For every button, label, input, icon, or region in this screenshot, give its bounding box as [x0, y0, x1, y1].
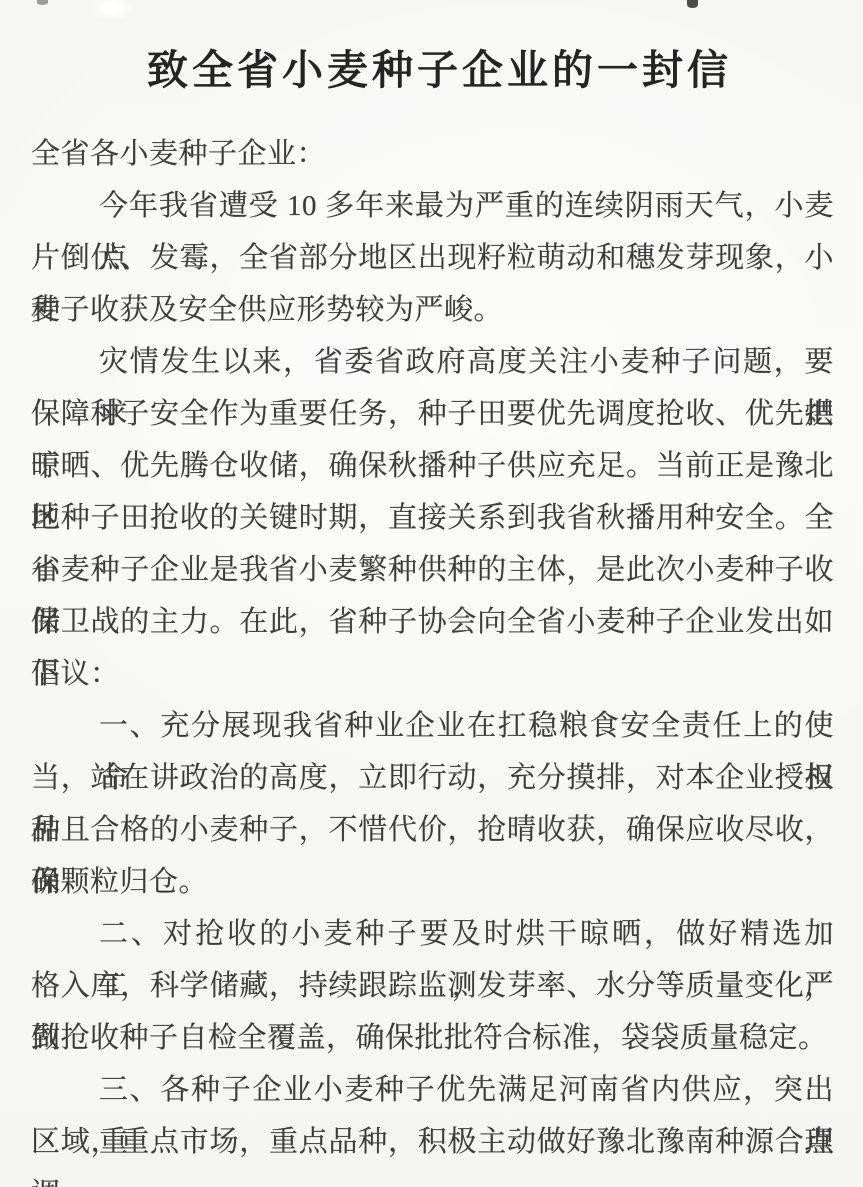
letter-line: 片倒伏、发霉，全省部分地区出现籽粒萌动和穗发芽现象，小麦 — [31, 232, 834, 284]
scan-blotch-artifact — [96, 0, 130, 16]
letter-line: 保障种子安全作为重要任务，种子田要优先调度抢收、优先烘干 — [31, 388, 834, 440]
letter-line: 保卫战的主力。在此，省种子协会向全省小麦种子企业发出如下 — [31, 596, 834, 648]
letter-line: 晾晒、优先腾仓收储，确保秋播种子供应充足。当前正是豫北地 — [31, 440, 834, 492]
letter-title: 致全省小麦种子企业的一封信 — [8, 37, 863, 96]
letter-line: 格入库，科学储藏，持续跟踪监测发芽率、水分等质量变化，做 — [31, 960, 834, 1012]
letter-body: 全省各小麦种子企业：今年我省遭受 10 多年来最为严重的连续阴雨天气，小麦点片倒… — [31, 128, 834, 1168]
letter-line: 三、各种子企业小麦种子优先满足河南省内供应，突出重点 — [31, 1064, 834, 1116]
letter-line: 二、对抢收的小麦种子要及时烘干晾晒，做好精选加工，严 — [31, 908, 834, 960]
scan-speck-top-right — [687, 0, 698, 8]
letter-line: 保颗粒归仓。 — [31, 856, 834, 908]
letter-line: 倡议： — [31, 648, 834, 700]
letter-line: 全省各小麦种子企业： — [31, 128, 834, 180]
letter-line: 当，站在讲政治的高度，立即行动，充分摸排，对本企业授权品 — [31, 752, 834, 804]
letter-line: 区域，重点市场，重点品种，积极主动做好豫北豫南种源合理调 — [31, 1116, 834, 1168]
letter-line: 一、充分展现我省种业企业在扛稳粮食安全责任上的使命担 — [31, 700, 834, 752]
letter-line: 种子收获及安全供应形势较为严峻。 — [31, 284, 834, 336]
scan-speck-top-left — [37, 0, 48, 5]
letter-line: 到抢收种子自检全覆盖，确保批批符合标准，袋袋质量稳定。 — [31, 1012, 834, 1064]
letter-page: 致全省小麦种子企业的一封信 全省各小麦种子企业：今年我省遭受 10 多年来最为严… — [0, 0, 863, 1187]
letter-line: 区种子田抢收的关键时期，直接关系到我省秋播用种安全。全省 — [31, 492, 834, 544]
letter-line: 今年我省遭受 10 多年来最为严重的连续阴雨天气，小麦点 — [31, 180, 834, 232]
letter-line: 种且合格的小麦种子，不惜代价，抢晴收获，确保应收尽收，确 — [31, 804, 834, 856]
letter-line: 小麦种子企业是我省小麦繁种供种的主体，是此次小麦种子收储 — [31, 544, 834, 596]
letter-line: 灾情发生以来，省委省政府高度关注小麦种子问题，要求把 — [31, 336, 834, 388]
